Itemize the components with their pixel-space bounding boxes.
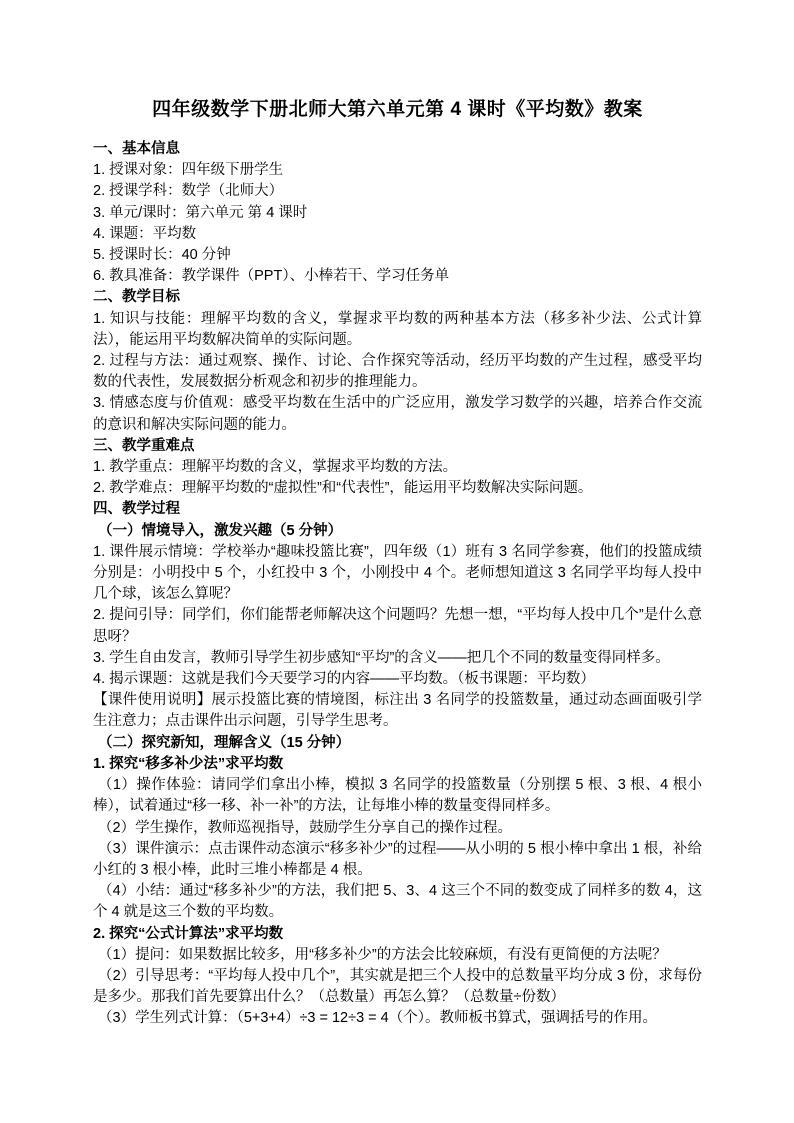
paragraph: 3. 情感态度与价值观：感受平均数在生活中的广泛应用，激发学习数学的兴趣，培养合… — [93, 393, 702, 435]
paragraph: （3）课件演示：点击课件动态演示“移多补少”的过程——从小明的 5 根小棒中拿出… — [93, 839, 702, 881]
paragraph: 1. 教学重点：理解平均数的含义，掌握求平均数的方法。 — [93, 457, 702, 478]
section-heading: 二、教学目标 — [93, 287, 702, 308]
section-heading: 一、基本信息 — [93, 139, 702, 160]
paragraph: （1）提问：如果数据比较多，用“移多补少”的方法会比较麻烦，有没有更简便的方法呢… — [93, 945, 702, 966]
paragraph: （2）引导思考：“平均每人投中几个”，其实就是把三个人投中的总数量平均分成 3 … — [93, 966, 702, 1008]
paragraph: 6. 教具准备：教学课件（PPT）、小棒若干、学习任务单 — [93, 266, 702, 287]
paragraph: （3）学生列式计算：（5+3+4）÷3 = 12÷3 = 4（个）。教师板书算式… — [93, 1008, 702, 1029]
paragraph: 4. 揭示课题：这就是我们今天要学习的内容——平均数。（板书课题：平均数） — [93, 669, 702, 690]
paragraph: 【课件使用说明】展示投篮比赛的情境图，标注出 3 名同学的投篮数量，通过动态画面… — [93, 690, 702, 732]
paragraph: 2. 授课学科：数学（北师大） — [93, 181, 702, 202]
paragraph: 1. 授课对象：四年级下册学生 — [93, 160, 702, 181]
document-body: 一、基本信息1. 授课对象：四年级下册学生2. 授课学科：数学（北师大）3. 单… — [93, 139, 702, 1030]
paragraph: 2. 教学难点：理解平均数的“虚拟性”和“代表性”，能运用平均数解决实际问题。 — [93, 478, 702, 499]
paragraph: 3. 单元/课时：第六单元 第 4 课时 — [93, 203, 702, 224]
paragraph: （4）小结：通过“移多补少”的方法，我们把 5、3、4 这三个不同的数变成了同样… — [93, 881, 702, 923]
numbered-bold-heading: 1. 探究“移多补少法”求平均数 — [93, 754, 702, 775]
paragraph: 3. 学生自由发言，教师引导学生初步感知“平均”的含义——把几个不同的数量变得同… — [93, 648, 702, 669]
paragraph: 2. 提问引导：同学们，你们能帮老师解决这个问题吗？先想一想，“平均每人投中几个… — [93, 605, 702, 647]
paragraph: 2. 过程与方法：通过观察、操作、讨论、合作探究等活动，经历平均数的产生过程，感… — [93, 351, 702, 393]
document-content: 四年级数学下册北师大第六单元第 4 课时《平均数》教案 一、基本信息1. 授课对… — [93, 97, 702, 1030]
paragraph: 1. 课件展示情境：学校举办“趣味投篮比赛”，四年级（1）班有 3 名同学参赛，… — [93, 542, 702, 606]
paragraph: 5. 授课时长：40 分钟 — [93, 245, 702, 266]
section-heading: 三、教学重难点 — [93, 436, 702, 457]
paragraph: 1. 知识与技能：理解平均数的含义，掌握求平均数的两种基本方法（移多补少法、公式… — [93, 309, 702, 351]
subsection-heading: （一）情境导入，激发兴趣（5 分钟） — [93, 521, 702, 542]
paragraph: 4. 课题：平均数 — [93, 224, 702, 245]
subsection-heading: （二）探究新知，理解含义（15 分钟） — [93, 733, 702, 754]
document-title: 四年级数学下册北师大第六单元第 4 课时《平均数》教案 — [93, 97, 702, 123]
numbered-bold-heading: 2. 探究“公式计算法”求平均数 — [93, 924, 702, 945]
paragraph: （2）学生操作，教师巡视指导，鼓励学生分享自己的操作过程。 — [93, 818, 702, 839]
document-page: 四年级数学下册北师大第六单元第 4 课时《平均数》教案 一、基本信息1. 授课对… — [0, 0, 794, 1123]
section-heading: 四、教学过程 — [93, 499, 702, 520]
paragraph: （1）操作体验：请同学们拿出小棒，模拟 3 名同学的投篮数量（分别摆 5 根、3… — [93, 775, 702, 817]
